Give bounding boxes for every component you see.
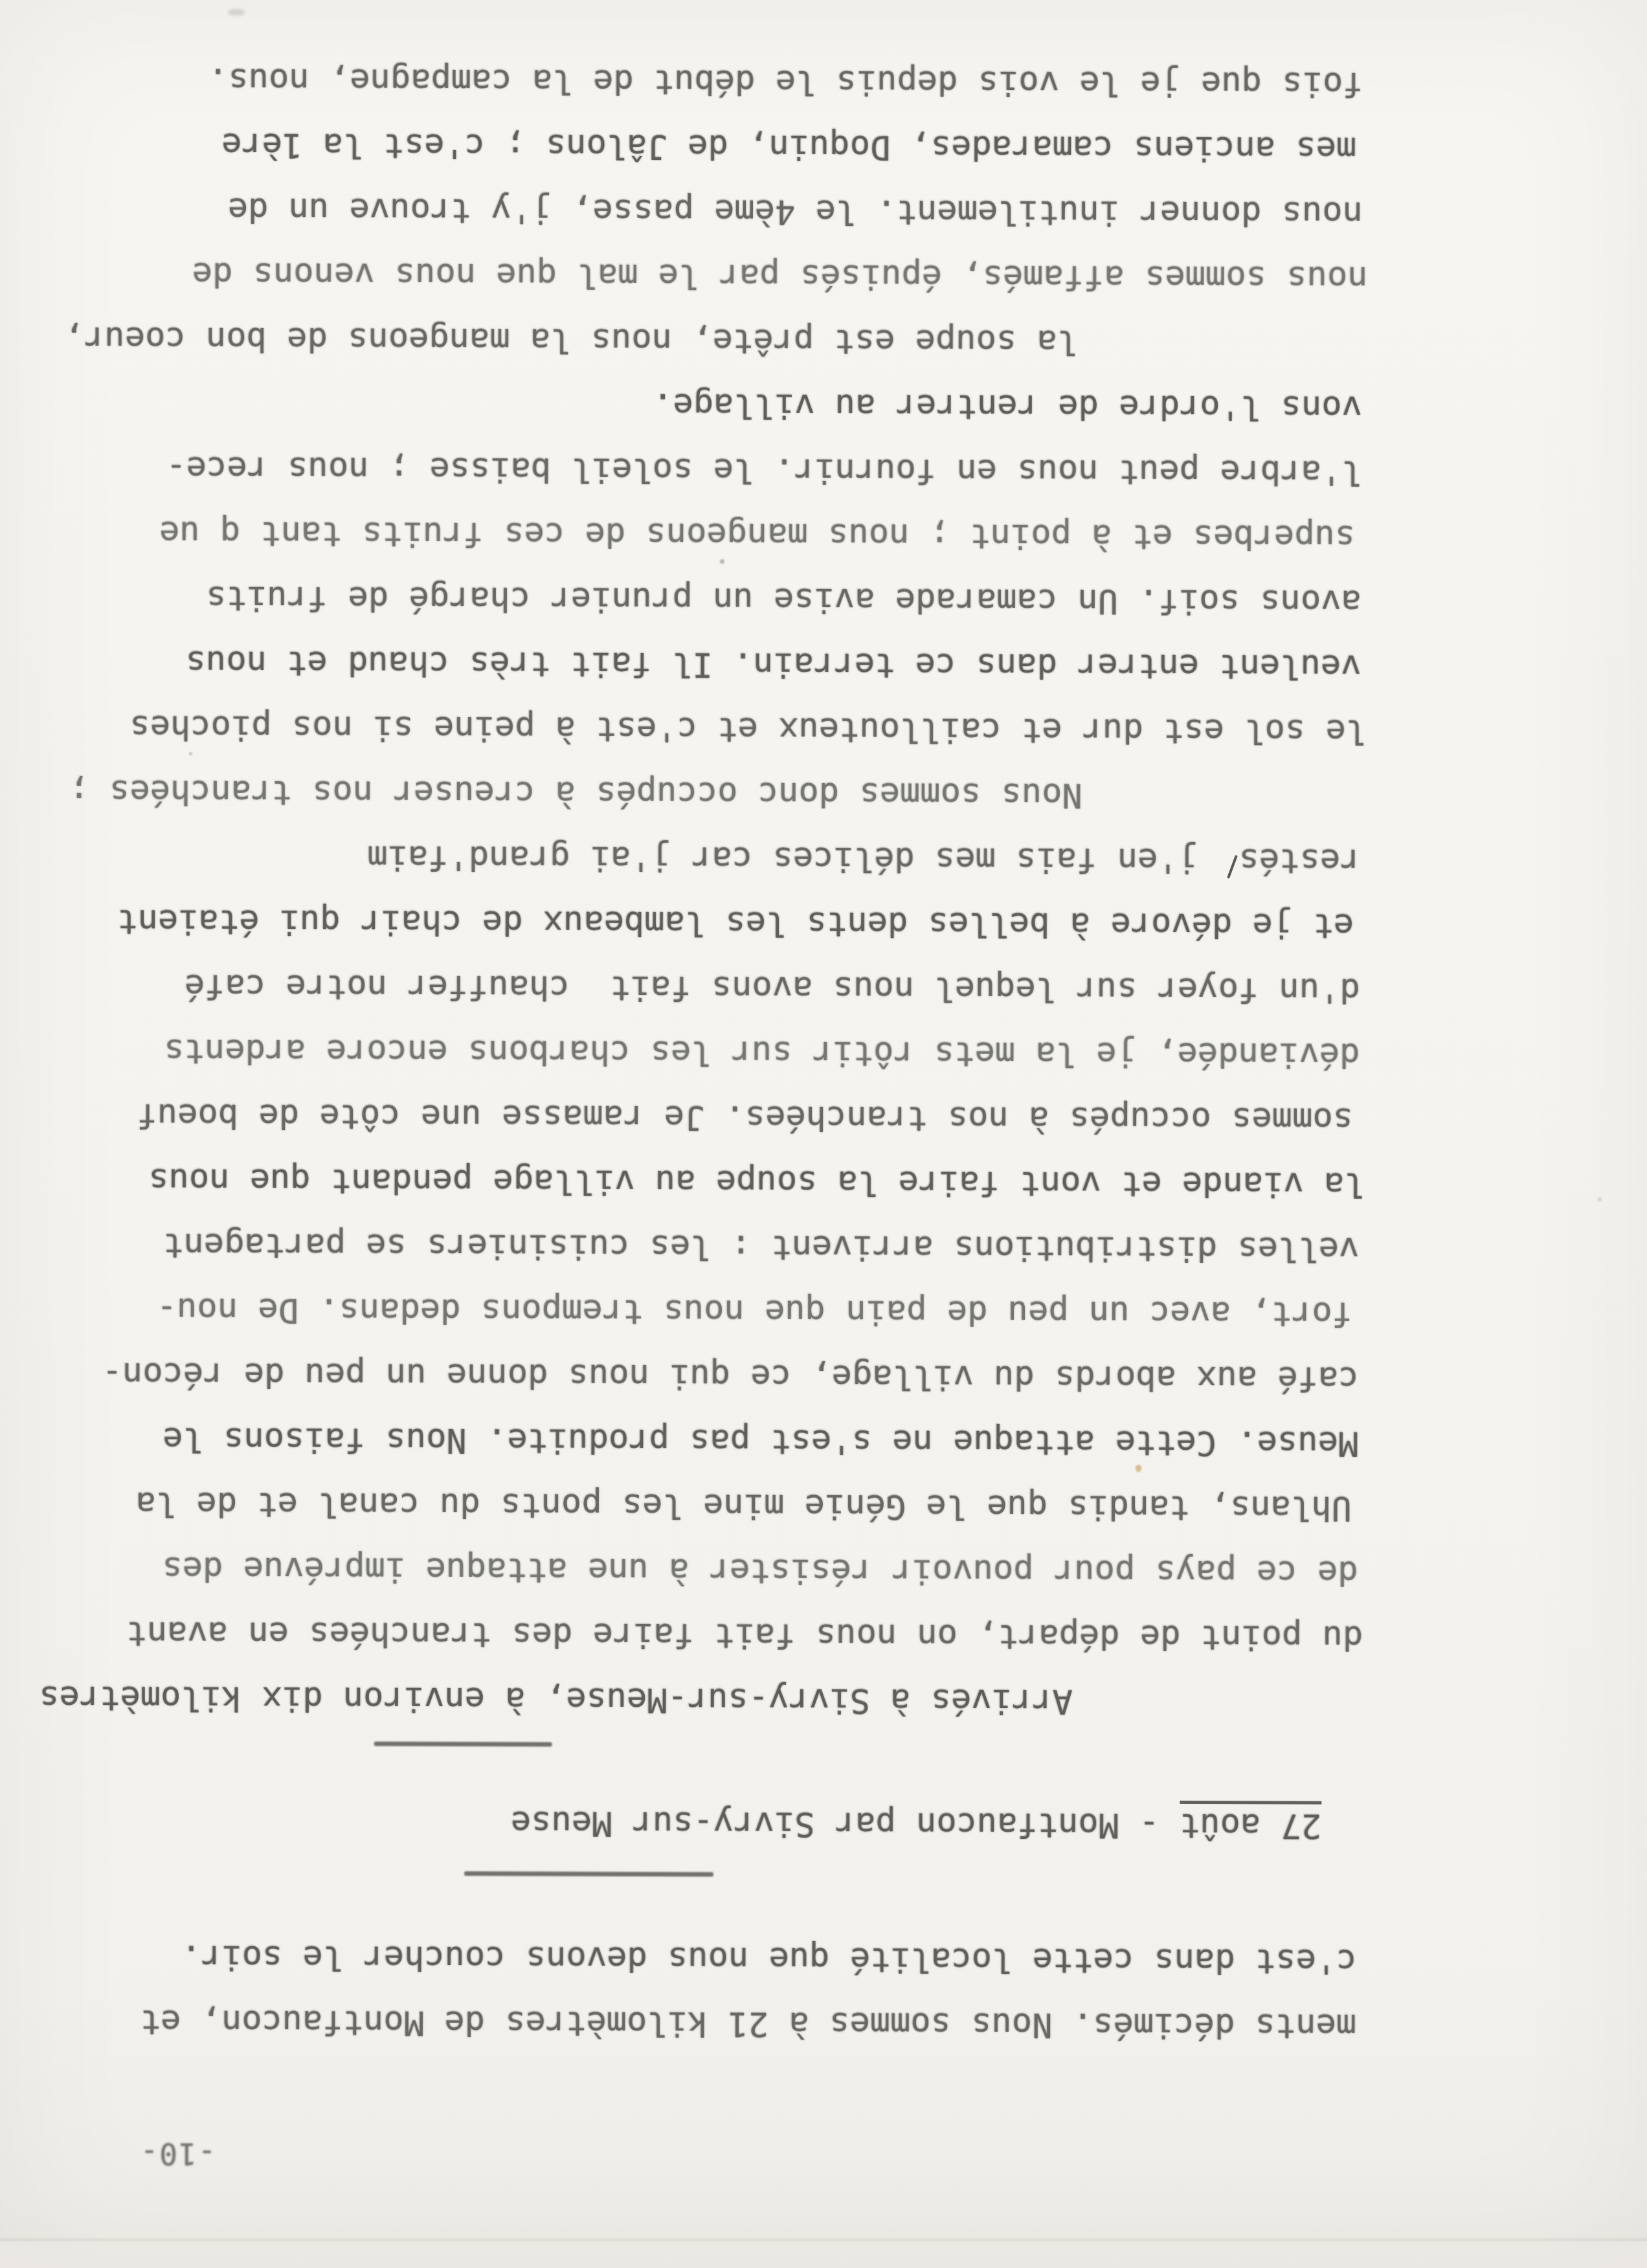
entry-heading: 27 août - Montfaucon par Sivry-sur Meuse [30, 1789, 1357, 1858]
typed-line: avons soif. Un camarade avise un prunier… [34, 565, 1361, 634]
scan-speck [1136, 1465, 1141, 1472]
typed-line: fort, avec un peu de pain que nous tremp… [32, 1277, 1352, 1346]
entry-title: - Montfaucon par Sivry-sur Meuse [511, 1803, 1180, 1845]
typed-line: la soupe est prête, nous la mangeons de … [35, 306, 1356, 375]
typed-line: restés j'en fais mes délices car j'ai gr… [33, 824, 1360, 893]
typed-line: l'arbre peut nous en fournir. le soleil … [34, 436, 1361, 505]
typed-line: fois que je le vois depuis le début de l… [36, 47, 1363, 117]
typed-line: Uhlans, tandis que le Génie mine les pon… [31, 1471, 1352, 1540]
typed-line: la viande et vont faire la soupe au vill… [32, 1148, 1365, 1217]
typed-line: veulent entrer dans ce terrain. Il fait … [34, 630, 1361, 699]
typed-line: nous donner inutilement. le 4ème passe, … [36, 177, 1363, 246]
typed-line: de ce pays pour pouvoir résister à une a… [30, 1536, 1358, 1605]
typed-line: superbes et à point ; nous mangeons de c… [34, 500, 1355, 570]
scan-speck [1598, 1197, 1602, 1201]
typed-line: velles distributions arrivent : les cuis… [32, 1212, 1359, 1282]
typed-line: le sol est dur et caillouteux et c'est à… [34, 695, 1366, 764]
scan-edge-strip [0, 2241, 1647, 2268]
typed-line: Meuse. Cette attaque ne s'est pas produi… [31, 1406, 1358, 1476]
typed-line: café aux abords du village, ce qui nous … [32, 1342, 1359, 1411]
scan-speck [228, 9, 245, 16]
typed-line: déviandée, je la mets rôtir sur les char… [32, 1018, 1360, 1087]
scan-speck [720, 559, 724, 564]
typed-rule-mark [464, 1872, 713, 1877]
typed-line: et je dévore à belles dents les lambeaux… [33, 889, 1354, 958]
paper-edge-line [0, 2239, 1647, 2241]
separator-rule [30, 1713, 1358, 1782]
typed-line: ments décimés. Nous sommes à 21 kilomètr… [29, 1989, 1356, 2058]
typed-line: Nous sommes donc occupés à creuser nos t… [34, 759, 1361, 828]
typed-text-block: ments décimés. Nous sommes à 21 kilomètr… [29, 47, 1363, 2058]
typed-line: nous sommes affamés, épuisés par le mal … [35, 241, 1367, 311]
scan-speck [189, 752, 192, 755]
upside-down-sheet: -10- ments décimés. Nous sommes à 21 kil… [0, 0, 1647, 2268]
typed-line: c'est dans cette localité que nous devon… [29, 1924, 1356, 1994]
typed-line: d'un foyer sur lequel nous avons fait ch… [33, 953, 1360, 1023]
typed-line: sommes occupés à nos tranchées. Je ramas… [32, 1083, 1353, 1152]
scanned-document-screenshot: { "page": { "number_label": "-10-", "pap… [0, 0, 1647, 2268]
entry-date: 27 août [1180, 1801, 1321, 1845]
page-number: -10- [139, 2121, 216, 2186]
typed-line: vons l'ordre de rentrer au village. [35, 371, 1362, 440]
typed-line: du point de départ, on nous fait faire d… [30, 1601, 1363, 1670]
typed-line: mes anciens camarades, Doquin, de Jâlons… [36, 112, 1356, 181]
typed-rule-mark [374, 1742, 552, 1747]
